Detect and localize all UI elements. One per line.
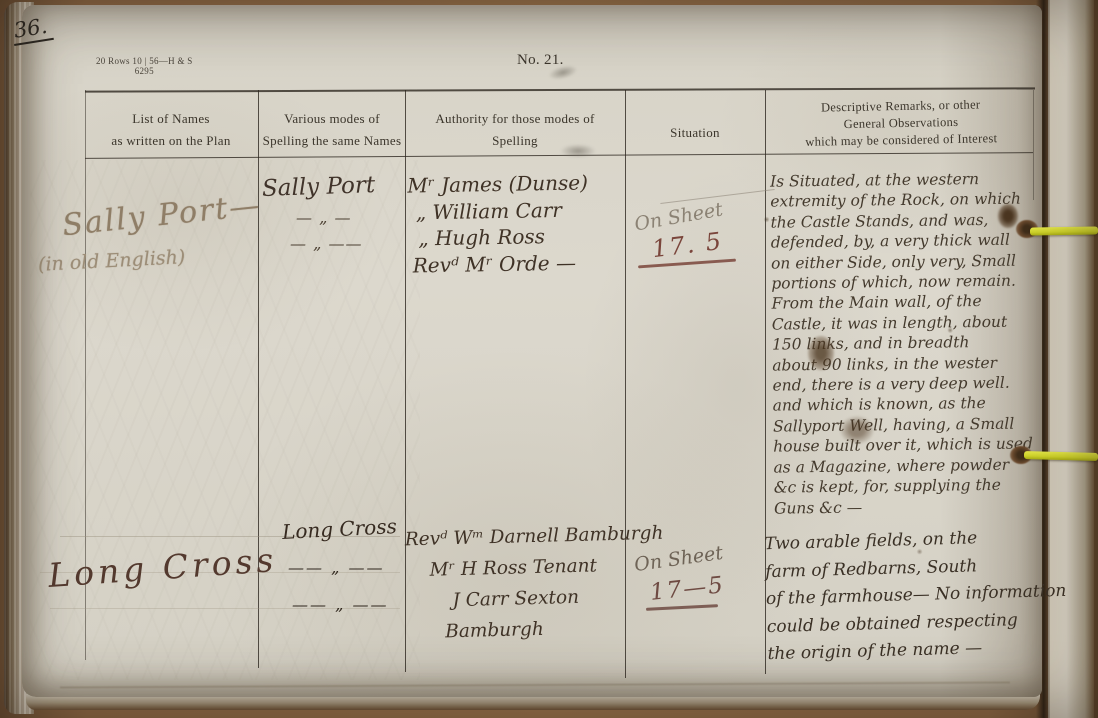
header-spelling-line1: Various modes of bbox=[262, 108, 402, 130]
header-situation: Situation bbox=[630, 122, 760, 144]
ink-smear bbox=[840, 416, 874, 444]
header-spelling-line2: Spelling the same Names bbox=[262, 130, 402, 152]
header-descriptive-remarks: Descriptive Remarks, or other General Ob… bbox=[775, 96, 1028, 152]
yellow-cord bbox=[1030, 226, 1098, 235]
header-names-line2: as written on the Plan bbox=[90, 130, 252, 152]
row1-remarks-line: extremity of the Rock, on which bbox=[770, 189, 1038, 213]
row1-remarks-line: house built over it, which is used bbox=[773, 434, 1041, 458]
printer-code-line2: 6295 bbox=[96, 66, 193, 76]
row1-remarks-line: Guns &c — bbox=[774, 495, 1042, 519]
row1-authority-line1: Mʳ James (Dunse) bbox=[407, 169, 588, 199]
row2-authority-line4: Bamburgh bbox=[445, 611, 666, 648]
row1-spelling-ditto1: — „ — bbox=[296, 208, 351, 227]
header-list-of-names: List of Names as written on the Plan bbox=[90, 108, 252, 152]
row1-remarks-line: Castle, it was in length, about bbox=[772, 311, 1040, 335]
row1-remarks-line: end, there is a very deep well. bbox=[772, 372, 1040, 396]
row1-remarks-line: portions of which, now remain. bbox=[771, 270, 1039, 294]
row2-remarks: Two arable fields, on the farm of Redbar… bbox=[764, 523, 1068, 669]
row1-remarks-line: defended, by, a very thick wall bbox=[771, 230, 1039, 254]
smudge-mark bbox=[560, 144, 596, 158]
printer-code-line1: 20 Rows 10 | 56—H & S bbox=[96, 56, 193, 66]
row1-spelling-ditto2: — „ —— bbox=[290, 234, 362, 253]
row2-spelling-ditto1: —— „ —— bbox=[288, 558, 384, 577]
row1-authority-line3: „ Hugh Ross bbox=[418, 222, 589, 251]
ink-blot bbox=[808, 336, 834, 370]
header-authority-line1: Authority for those modes of bbox=[410, 108, 620, 130]
row1-authority-line4: Revᵈ Mʳ Orde — bbox=[412, 249, 589, 279]
header-names-line1: List of Names bbox=[90, 108, 252, 130]
printer-code: 20 Rows 10 | 56—H & S 6295 bbox=[96, 56, 193, 76]
row1-spelling: Sally Port bbox=[262, 172, 376, 202]
row2-spelling-ditto2: —— „ —— bbox=[292, 595, 388, 614]
row2-authority: Revᵈ Wᵐ Darnell Bamburgh Mʳ H Ross Tenan… bbox=[404, 518, 666, 649]
ink-stain bbox=[998, 204, 1018, 228]
row1-remarks-line: as a Magazine, where powder bbox=[773, 454, 1041, 478]
row1-authority: Mʳ James (Dunse) „ William Carr „ Hugh R… bbox=[407, 169, 589, 278]
table-vline-1 bbox=[258, 90, 259, 668]
header-various-modes: Various modes of Spelling the same Names bbox=[262, 108, 402, 152]
photographed-register-page: 36. 20 Rows 10 | 56—H & S 6295 No. 21. L… bbox=[0, 0, 1098, 718]
row1-authority-line2: „ William Carr bbox=[416, 196, 589, 226]
